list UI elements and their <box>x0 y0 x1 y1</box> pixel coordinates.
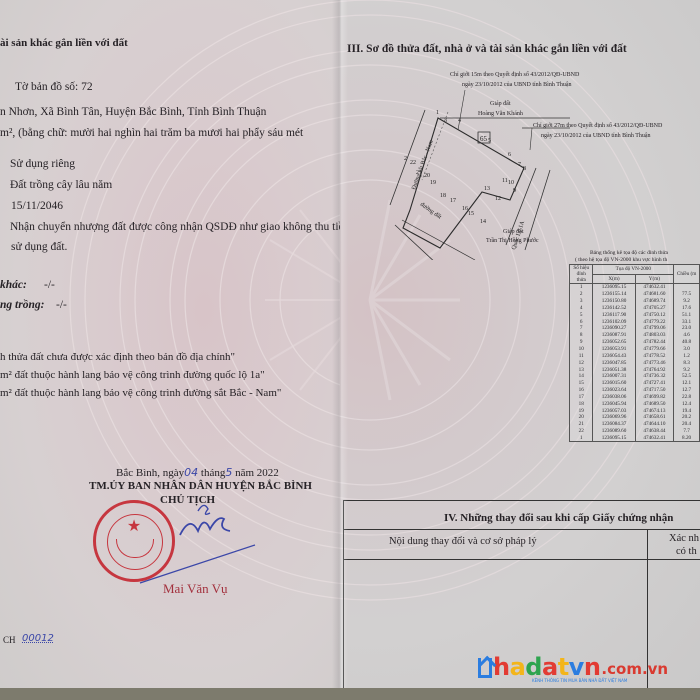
cell-x: 1236090.27 <box>593 325 635 332</box>
header-y: Y(m) <box>635 274 674 284</box>
plot-number: 65 <box>480 135 488 143</box>
cell-vertex: 11 <box>570 352 593 359</box>
cell-vertex: 14 <box>570 373 593 380</box>
cell-x: 1236023.64 <box>593 387 635 394</box>
cell-vertex: 12 <box>570 359 593 366</box>
left-page: ài sản khác gắn liền với đất Tờ bản đồ s… <box>0 0 340 690</box>
cell-length: 22.8 <box>674 394 700 401</box>
cell-x: 1236052.65 <box>593 339 635 346</box>
note-2: m² đất thuộc hành lang bảo vệ công trình… <box>0 370 265 381</box>
cell-length: 3.0 <box>674 346 700 353</box>
signing-place-date: Bắc Bình, ngày04 tháng5 năm 2022 <box>116 467 279 479</box>
cell-y: 474674.13 <box>635 407 674 414</box>
cell-x: 1236089.60 <box>593 428 635 435</box>
table-row: 81236087.91474803.034.6 <box>570 332 700 339</box>
cell-x: 1236051.38 <box>593 366 635 373</box>
svg-text:12: 12 <box>495 196 501 202</box>
changes-col-content: Nội dung thay đổi và cơ sở pháp lý <box>389 537 537 548</box>
brand-letter: d <box>525 653 542 681</box>
table-row: 51236117.90474750.1251.1 <box>570 311 700 318</box>
table-row: 61236102.09474779.2233.1 <box>570 318 700 325</box>
issuing-authority: TM.ỦY BAN NHÂN DÂN HUYỆN BẮC BÌNH <box>89 481 312 492</box>
cell-vertex: 8 <box>570 332 593 339</box>
address: n Nhơn, Xã Bình Tân, Huyện Bắc Bình, Tỉn… <box>0 107 266 119</box>
table-row: 191236057.03474674.1319.4 <box>570 407 700 414</box>
date-month: 5 <box>225 466 232 479</box>
svg-text:18: 18 <box>440 193 446 199</box>
cell-x: 1236095.15 <box>593 435 635 442</box>
cell-length: 9.2 <box>674 298 700 305</box>
header-system: Tọa độ VN-2000 <box>593 265 674 275</box>
svg-text:9: 9 <box>513 188 516 194</box>
cell-y: 474644.10 <box>635 421 674 428</box>
cell-x: 1236054.43 <box>593 352 635 359</box>
cell-y: 474658.61 <box>635 414 674 421</box>
cell-length <box>674 284 700 291</box>
date-day: 04 <box>184 466 198 479</box>
table-row: 171236038.06474699.8222.8 <box>570 394 700 401</box>
brand-name: hadatvn <box>493 656 600 678</box>
svg-text:20: 20 <box>424 173 430 179</box>
table-row: 11236095.15474632.418.20 <box>570 435 700 442</box>
page-fold <box>332 0 348 690</box>
cell-length: 33.1 <box>674 318 700 325</box>
svg-text:2: 2 <box>404 156 407 162</box>
brand-letter: a <box>542 653 558 681</box>
cell-length: 7.7 <box>674 428 700 435</box>
cell-x: 1236084.37 <box>593 421 635 428</box>
cell-length: 9.2 <box>674 366 700 373</box>
cell-vertex: 15 <box>570 380 593 387</box>
vertex-coordinate-table: Số hiệu đỉnh thửa Tọa độ VN-2000 Chiều (… <box>569 264 700 442</box>
cell-x: 1236095.15 <box>593 284 635 291</box>
cell-vertex: 13 <box>570 366 593 373</box>
usage-term: 15/11/2046 <box>11 201 63 213</box>
date-year: năm 2022 <box>235 467 279 479</box>
cell-y: 474705.27 <box>635 305 674 312</box>
cell-y: 474764.92 <box>635 366 674 373</box>
cell-x: 1236015.60 <box>593 380 635 387</box>
cell-y: 474699.82 <box>635 394 674 401</box>
cell-y: 474803.03 <box>635 332 674 339</box>
brand-tagline: KÊNH THÔNG TIN MUA BÁN NHÀ ĐẤT VIỆT NAM <box>532 679 627 683</box>
svg-text:17: 17 <box>450 198 456 204</box>
land-purpose: Đất trồng cây lâu năm <box>10 180 112 192</box>
note-1: h thửa đất chưa được xác định theo bản đ… <box>0 352 235 363</box>
cell-x: 1236102.09 <box>593 318 635 325</box>
cell-vertex: 5 <box>570 311 593 318</box>
header-x: X(m) <box>593 274 635 284</box>
table-row: 121236047.85474773.468.3 <box>570 359 700 366</box>
changes-col-confirm-line1: Xác nh <box>669 534 699 545</box>
cell-y: 474689.50 <box>635 400 674 407</box>
svg-text:13: 13 <box>484 186 490 192</box>
cell-y: 474632.41 <box>635 284 674 291</box>
cell-x: 1236045.94 <box>593 400 635 407</box>
brand-letter: h <box>493 653 510 681</box>
cell-y: 474779.66 <box>635 346 674 353</box>
cell-y: 474736.32 <box>635 373 674 380</box>
cell-length: 17.6 <box>674 305 700 312</box>
cell-x: 1236117.90 <box>593 311 635 318</box>
other-value: -/- <box>44 280 55 292</box>
svg-text:4: 4 <box>458 118 461 124</box>
brand-letter: n <box>584 653 601 681</box>
svg-text:19: 19 <box>430 180 436 186</box>
cell-vertex: 9 <box>570 339 593 346</box>
cell-y: 474638.44 <box>635 428 674 435</box>
cell-vertex: 6 <box>570 318 593 325</box>
svg-text:14: 14 <box>480 219 486 225</box>
road-dirt-label: đường đất <box>419 201 443 221</box>
cell-vertex: 20 <box>570 414 593 421</box>
cell-vertex: 4 <box>570 305 593 312</box>
cell-length: 20.4 <box>674 421 700 428</box>
cell-y: 474779.22 <box>635 318 674 325</box>
cell-length: 12.4 <box>674 400 700 407</box>
cell-length: 52.5 <box>674 373 700 380</box>
cell-y: 474689.74 <box>635 298 674 305</box>
cell-length: 4.6 <box>674 332 700 339</box>
area: m², (bằng chữ: mười hai nghìn hai trăm b… <box>0 128 303 140</box>
svg-text:10: 10 <box>508 180 514 186</box>
table-row: 21236155.14474681.6077.5 <box>570 291 700 298</box>
cell-y: 474717.50 <box>635 387 674 394</box>
svg-text:8: 8 <box>523 166 526 172</box>
usage-form: Sử dụng riêng <box>10 159 75 171</box>
cell-x: 1236047.85 <box>593 359 635 366</box>
svg-text:22: 22 <box>410 160 416 166</box>
table-row: 11236095.15474632.41 <box>570 284 700 291</box>
svg-text:11: 11 <box>502 178 508 184</box>
table-row: 31236150.80474689.749.2 <box>570 298 700 305</box>
svg-text:5: 5 <box>488 138 491 144</box>
coord-table-caption-1: Bảng thống kê tọa độ các đỉnh thửa <box>590 251 668 257</box>
cell-x: 1236069.96 <box>593 414 635 421</box>
cell-vertex: 1 <box>570 435 593 442</box>
cell-x: 1236053.91 <box>593 346 635 353</box>
plot-outline: 65 134 567 8910 111213 141516 171819 202… <box>370 60 570 260</box>
cell-y: 474778.52 <box>635 352 674 359</box>
table-row: 201236069.96474658.6120.2 <box>570 414 700 421</box>
section-iv-header: IV. Những thay đổi sau khi cấp Giấy chứn… <box>444 513 673 524</box>
table-row: 221236089.60474638.447.7 <box>570 428 700 435</box>
cell-vertex: 7 <box>570 325 593 332</box>
svg-text:3: 3 <box>444 118 447 124</box>
certificate-spread: ài sản khác gắn liền với đất Tờ bản đồ s… <box>0 0 700 700</box>
cell-y: 474782.44 <box>635 339 674 346</box>
road-highway-label: Quốc Lộ 1A <box>510 219 526 250</box>
cell-length: 40.8 <box>674 339 700 346</box>
cell-length: 12.7 <box>674 387 700 394</box>
cell-x: 1236155.14 <box>593 291 635 298</box>
table-row: 161236023.64474717.5012.7 <box>570 387 700 394</box>
certificate-prefix: CH <box>3 636 16 645</box>
cell-x: 1236087.91 <box>593 332 635 339</box>
svg-text:7: 7 <box>518 162 521 168</box>
brand-letter: t <box>558 653 569 681</box>
brand-letter: v <box>569 653 584 681</box>
table-row: 131236051.38474764.929.2 <box>570 366 700 373</box>
table-row: 91236052.65474782.4440.8 <box>570 339 700 346</box>
divider <box>344 559 700 560</box>
table-row: 101236053.91474779.663.0 <box>570 346 700 353</box>
cell-length: 19.4 <box>674 407 700 414</box>
other-label: khác: <box>0 280 27 292</box>
trees-value: -/- <box>56 300 67 312</box>
cell-y: 474750.12 <box>635 311 674 318</box>
cell-y: 474727.41 <box>635 380 674 387</box>
cell-vertex: 16 <box>570 387 593 394</box>
header-vertex: Số hiệu đỉnh thửa <box>570 265 593 284</box>
svg-text:15: 15 <box>468 211 474 217</box>
svg-text:6: 6 <box>508 152 511 158</box>
svg-text:1: 1 <box>436 110 439 116</box>
cell-x: 1236057.03 <box>593 407 635 414</box>
cell-x: 1236038.06 <box>593 394 635 401</box>
cell-length: 23.0 <box>674 325 700 332</box>
section-header-partial: ài sản khác gắn liền với đất <box>0 38 128 49</box>
cell-length: 77.5 <box>674 291 700 298</box>
nhadatvn-watermark: hadatvn .com.vn <box>478 654 668 678</box>
trees-label: ng trồng: <box>0 300 44 312</box>
brand-domain: .com.vn <box>601 660 668 678</box>
origin-line-2: sử dụng đất. <box>11 242 67 254</box>
cell-length: 8.3 <box>674 359 700 366</box>
cell-y: 474799.06 <box>635 325 674 332</box>
origin-line-1: Nhận chuyển nhượng đất được công nhận QS… <box>10 222 340 234</box>
cell-x: 1236142.52 <box>593 305 635 312</box>
table-row: 71236090.27474799.0623.0 <box>570 325 700 332</box>
cell-y: 474773.46 <box>635 359 674 366</box>
coord-table-caption-2: ( theo hệ tọa độ VN-2000 khu vực hình th <box>575 258 667 264</box>
table-row: 181236045.94474689.5012.4 <box>570 400 700 407</box>
cell-vertex: 22 <box>570 428 593 435</box>
cell-y: 474681.60 <box>635 291 674 298</box>
cell-vertex: 17 <box>570 394 593 401</box>
header-length: Chiều (m <box>674 265 700 284</box>
cell-vertex: 10 <box>570 346 593 353</box>
table-row: 141236007.31474736.3252.5 <box>570 373 700 380</box>
cell-length: 8.20 <box>674 435 700 442</box>
svg-text:16: 16 <box>462 206 468 212</box>
cell-length: 1.2 <box>674 352 700 359</box>
cell-vertex: 1 <box>570 284 593 291</box>
cell-x: 1236007.31 <box>593 373 635 380</box>
cell-vertex: 3 <box>570 298 593 305</box>
cell-length: 20.2 <box>674 414 700 421</box>
date-month-label: tháng <box>201 467 225 479</box>
house-logo-icon <box>478 658 492 678</box>
cell-y: 474632.41 <box>635 435 674 442</box>
background-bottom <box>0 688 700 700</box>
cell-vertex: 21 <box>570 421 593 428</box>
date-prefix: Bắc Bình, ngày <box>116 467 184 479</box>
table-row: 151236015.60474727.4112.1 <box>570 380 700 387</box>
note-3: m² đất thuộc hành lang bảo vệ công trình… <box>0 388 281 399</box>
brand-letter: a <box>510 653 526 681</box>
cell-vertex: 19 <box>570 407 593 414</box>
cell-vertex: 2 <box>570 291 593 298</box>
cell-vertex: 18 <box>570 400 593 407</box>
signature <box>120 495 270 585</box>
table-row: 41236142.52474705.2717.6 <box>570 305 700 312</box>
section-iii-header: III. Sơ đồ thửa đất, nhà ở và tài sản kh… <box>347 44 627 56</box>
signer-name: Mai Văn Vụ <box>163 582 228 595</box>
map-sheet-number: Tờ bản đồ số: 72 <box>15 82 93 94</box>
changes-col-confirm-line2: có th <box>676 547 697 558</box>
certificate-number: 00012 <box>22 634 54 644</box>
cell-x: 1236150.80 <box>593 298 635 305</box>
table-row: 211236084.37474644.1020.4 <box>570 421 700 428</box>
cell-length: 51.1 <box>674 311 700 318</box>
table-row: 111236054.43474778.521.2 <box>570 352 700 359</box>
cell-length: 12.1 <box>674 380 700 387</box>
